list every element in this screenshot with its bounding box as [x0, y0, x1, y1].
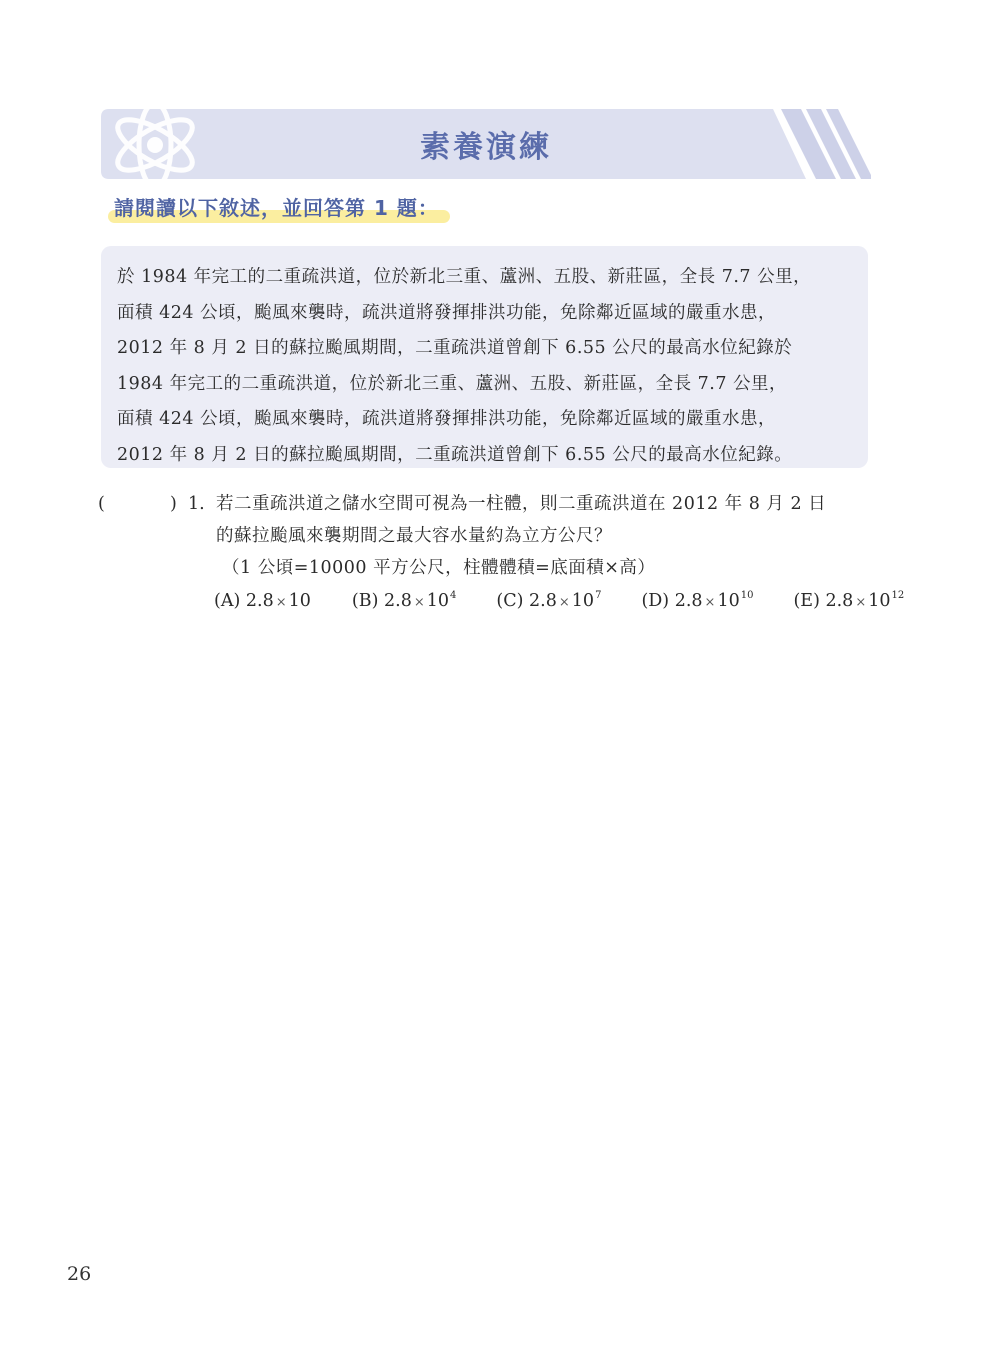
- passage-line: 2012 年 8 月 2 日的蘇拉颱風期間，二重疏洪道曾創下 6.55 公尺的最…: [117, 438, 852, 474]
- reading-passage: 於 1984 年完工的二重疏洪道，位於新北三重、蘆洲、五股、新莊區，全長 7.7…: [101, 246, 868, 468]
- passage-line: 面積 424 公頃，颱風來襲時，疏洪道將發揮排洪功能，免除鄰近區域的嚴重水患，: [117, 402, 852, 438]
- passage-line: 面積 424 公頃，颱風來襲時，疏洪道將發揮排洪功能，免除鄰近區域的嚴重水患，: [117, 296, 852, 332]
- answer-options: (A) 2.8×10 (B) 2.8×104 (C) 2.8×107 (D) 2…: [214, 590, 944, 611]
- question-number: 1.: [188, 488, 205, 520]
- option-coefficient: 2.8: [529, 591, 557, 611]
- question-row-2: 的蘇拉颱風來襲期間之最大容水量約為立方公尺？: [98, 520, 878, 552]
- question-text-line1: 若二重疏洪道之儲水空間可視為一柱體，則二重疏洪道在 2012 年 8 月 2 日: [216, 488, 826, 520]
- option-power-base: 10: [427, 591, 449, 611]
- page-number: 26: [67, 1263, 91, 1285]
- option-power-base: 10: [289, 591, 311, 611]
- option-power-base: 10: [572, 591, 594, 611]
- option-a[interactable]: (A) 2.8×10: [214, 590, 312, 611]
- option-coefficient: 2.8: [825, 591, 853, 611]
- option-coefficient: 2.8: [246, 591, 274, 611]
- option-coefficient: 2.8: [675, 591, 703, 611]
- section-banner: 素養演練: [101, 109, 861, 179]
- question-note: （1 公頃=10000 平方公尺，柱體體積=底面積×高）: [222, 552, 655, 584]
- times-sign: ×: [414, 595, 425, 610]
- option-c[interactable]: (C) 2.8×107: [496, 590, 601, 611]
- option-power-base: 10: [717, 591, 739, 611]
- question-1: ( ) 1. 若二重疏洪道之儲水空間可視為一柱體，則二重疏洪道在 2012 年 …: [98, 488, 878, 584]
- option-power-base: 10: [868, 591, 890, 611]
- answer-blank-close[interactable]: ): [170, 488, 177, 520]
- option-exponent: 4: [450, 590, 456, 601]
- banner-title: 素養演練: [101, 109, 871, 179]
- option-d[interactable]: (D) 2.8×1010: [641, 590, 753, 611]
- option-coefficient: 2.8: [384, 591, 412, 611]
- option-exponent: 10: [741, 590, 754, 601]
- times-sign: ×: [855, 595, 866, 610]
- question-text-line2: 的蘇拉颱風來襲期間之最大容水量約為立方公尺？: [216, 520, 612, 552]
- option-exponent: 7: [595, 590, 601, 601]
- question-row-1: ( ) 1. 若二重疏洪道之儲水空間可視為一柱體，則二重疏洪道在 2012 年 …: [98, 488, 878, 520]
- instruction-text: 請閱讀以下敘述，並回答第 1 題：: [108, 193, 439, 223]
- option-label: (B): [352, 591, 379, 611]
- times-sign: ×: [559, 595, 570, 610]
- option-e[interactable]: (E) 2.8×1012: [793, 590, 904, 611]
- times-sign: ×: [276, 595, 287, 610]
- option-exponent: 12: [892, 590, 905, 601]
- option-label: (C): [496, 591, 523, 611]
- passage-line: 1984 年完工的二重疏洪道，位於新北三重、蘆洲、五股、新莊區，全長 7.7 公…: [117, 367, 852, 403]
- option-b[interactable]: (B) 2.8×104: [352, 590, 457, 611]
- times-sign: ×: [705, 595, 716, 610]
- passage-line: 2012 年 8 月 2 日的蘇拉颱風期間，二重疏洪道曾創下 6.55 公尺的最…: [117, 331, 852, 367]
- passage-line: 於 1984 年完工的二重疏洪道，位於新北三重、蘆洲、五股、新莊區，全長 7.7…: [117, 260, 852, 296]
- instruction-heading: 請閱讀以下敘述，並回答第 1 題：: [108, 193, 439, 227]
- answer-blank-open[interactable]: (: [98, 488, 105, 520]
- option-label: (E): [793, 591, 819, 611]
- option-label: (A): [214, 591, 240, 611]
- question-row-3: （1 公頃=10000 平方公尺，柱體體積=底面積×高）: [98, 552, 878, 584]
- option-label: (D): [641, 591, 669, 611]
